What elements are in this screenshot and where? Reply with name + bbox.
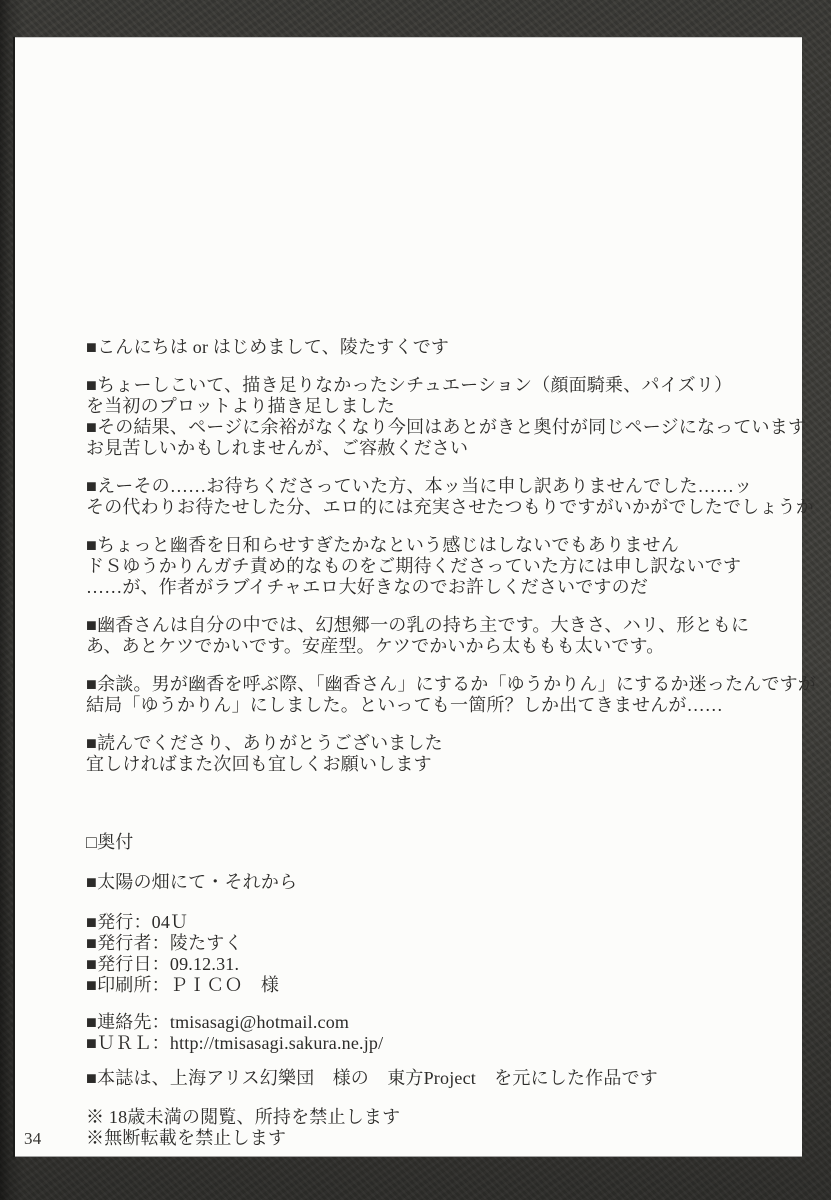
afterword-paragraph-character-notes: ■幽香さんは自分の中では、幻想郷一の乳の持ち主です。大きさ、ハリ、形ともにあ、あ… <box>86 615 782 657</box>
text-line: あ、あとケツでかいです。安産型。ケツでかいから太ももも太いです。 <box>86 636 782 657</box>
page-number: 34 <box>24 1128 41 1149</box>
text-line: ■その結果、ページに余裕がなくなり今回はあとがきと奥付が同じページになっています <box>86 417 782 438</box>
afterword-paragraph-thanks: ■読んでくださり、ありがとうございました宜しければまた次回も宜しくお願いします <box>86 733 782 775</box>
copyright-credit: ■本誌は、上海アリス幻樂団 様の 東方Project を元にした作品です <box>86 1068 782 1089</box>
text-line: ■余談。男が幽香を呼ぶ際、「幽香さん」にするか「ゆうかりん」にするか迷ったんです… <box>86 674 782 695</box>
text-line: お見苦しいかもしれませんが、ご容赦ください <box>86 438 782 459</box>
scanned-page-background: ■こんにちは or はじめまして、陵たすくです ■ちょーしこいて、描き足りなかっ… <box>0 0 831 1200</box>
paper-page: ■こんにちは or はじめまして、陵たすくです ■ちょーしこいて、描き足りなかっ… <box>13 37 802 1157</box>
afterword-paragraph-apology: ■えーその……お待ちくださっていた方、本ッ当に申し訳ありませんでした……ッその代… <box>86 476 782 518</box>
text-line: ■発行日：09.12.31. <box>86 954 782 975</box>
text-line: ■ちょっと幽香を日和らせすぎたかなという感じはしないでもありません <box>86 535 782 556</box>
text-line: その代わりお待たせした分、エロ的には充実させたつもりですがいかがでしたでしょうか <box>86 497 782 518</box>
contact-info: ■連絡先：tmisasagi@hotmail.com■ＵＲＬ：http://tm… <box>86 1012 782 1054</box>
text-line: ■ちょーしこいて、描き足りなかったシチュエーション（顔面騎乗、パイズリ） <box>86 375 782 396</box>
text-line: ■発行者：陵たすく <box>86 933 782 954</box>
age-restriction-notices: ※ 18歳未満の閲覧、所持を禁止します※無断転載を禁止します <box>86 1107 782 1149</box>
text-line: ■幽香さんは自分の中では、幻想郷一の乳の持ち主です。大きさ、ハリ、形ともに <box>86 615 782 636</box>
publication-info: ■発行：04Ｕ■発行者：陵たすく■発行日：09.12.31.■印刷所：ＰＩＣＯ … <box>86 912 782 996</box>
text-line: ■ＵＲＬ：http://tmisasagi.sakura.ne.jp/ <box>86 1033 782 1054</box>
text-line: ■えーその……お待ちくださっていた方、本ッ当に申し訳ありませんでした……ッ <box>86 476 782 497</box>
afterword-paragraph-additions: ■ちょーしこいて、描き足りなかったシチュエーション（顔面騎乗、パイズリ）を当初の… <box>86 375 782 459</box>
text-line: ……が、作者がラブイチャエロ大好きなのでお許しくださいですのだ <box>86 577 782 598</box>
book-title: ■太陽の畑にて・それから <box>86 872 782 893</box>
text-line: ■連絡先：tmisasagi@hotmail.com <box>86 1012 782 1033</box>
text-line: ※ 18歳未満の閲覧、所持を禁止します <box>86 1107 782 1128</box>
text-line: ■読んでくださり、ありがとうございました <box>86 733 782 754</box>
text-line: 宜しければまた次回も宜しくお願いします <box>86 754 782 775</box>
page-content: ■こんにちは or はじめまして、陵たすくです ■ちょーしこいて、描き足りなかっ… <box>86 337 782 1149</box>
text-line: ドＳゆうかりんガチ責め的なものをご期待くださっていた方には申し訳ないです <box>86 556 782 577</box>
afterword-paragraph-character-tone: ■ちょっと幽香を日和らせすぎたかなという感じはしないでもありませんドＳゆうかりん… <box>86 535 782 598</box>
text-line: ■発行：04Ｕ <box>86 912 782 933</box>
text-line: ■こんにちは or はじめまして、陵たすくです <box>86 337 782 358</box>
colophon-heading: □奥付 <box>86 832 782 853</box>
afterword-paragraph-aside: ■余談。男が幽香を呼ぶ際、「幽香さん」にするか「ゆうかりん」にするか迷ったんです… <box>86 674 782 716</box>
text-line: を当初のプロットより描き足しました <box>86 396 782 417</box>
text-line: 結局「ゆうかりん」にしました。といっても一箇所？しか出てきませんが…… <box>86 695 782 716</box>
afterword-paragraph-greeting: ■こんにちは or はじめまして、陵たすくです <box>86 337 782 358</box>
text-line: ■印刷所：ＰＩＣＯ 様 <box>86 975 782 996</box>
text-line: ※無断転載を禁止します <box>86 1128 782 1149</box>
